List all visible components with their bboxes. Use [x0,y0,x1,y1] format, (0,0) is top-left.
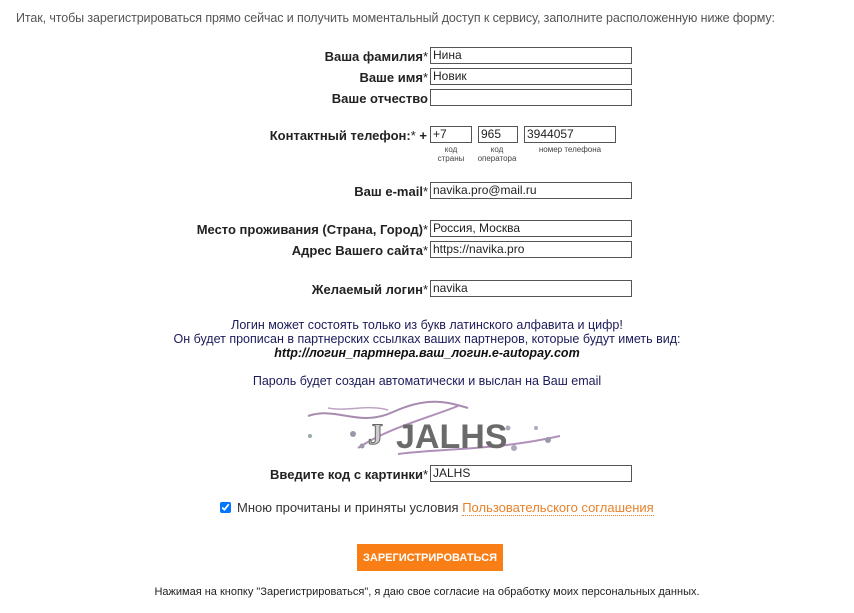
location-input[interactable] [430,220,632,237]
agreement-text: Мною прочитаны и приняты условия [237,500,462,515]
name-input[interactable] [430,68,632,85]
password-note: Пароль будет создан автоматически и высл… [0,374,854,388]
login-rule-text: Логин может состоять только из букв лати… [0,318,854,332]
patronymic-input[interactable] [430,89,632,106]
surname-label: Ваша фамилия* [325,49,428,64]
agreement-checkbox[interactable] [220,502,231,513]
user-agreement-link[interactable]: Пользовательского соглашения [462,500,654,516]
name-label: Ваше имя* [359,70,428,85]
captcha-letter: J [368,418,383,451]
captcha-label: Введите код с картинки* [270,467,428,482]
phone-operator-code-input[interactable] [478,126,518,143]
login-row: Желаемый логин* [0,280,854,300]
patronymic-label: Ваше отчество [332,91,428,106]
phone-label: Контактный телефон:* + [270,128,427,143]
country-code-caption: кодстраны [430,145,472,163]
surname-input[interactable] [430,47,632,64]
login-label: Желаемый логин* [312,282,428,297]
login-url-example: http://логин_партнера.ваш_логин.e-autopa… [0,346,854,360]
svg-text:JALHS: JALHS [396,418,507,456]
login-input[interactable] [430,280,632,297]
phone-country-code-input[interactable] [430,126,472,143]
site-label: Адрес Вашего сайта* [292,243,428,258]
phone-row: Контактный телефон:* + кодстраны кодопер… [0,126,854,146]
operator-code-caption: кодоператора [473,145,521,163]
captcha-row: Введите код с картинки* [0,465,854,485]
email-label: Ваш e-mail* [354,184,428,199]
site-row: Адрес Вашего сайта* [0,241,854,261]
captcha-image: J JALHS [298,398,560,456]
email-row: Ваш e-mail* [0,182,854,202]
location-row: Место проживания (Страна, Город)* [0,220,854,240]
name-row: Ваше имя* [0,68,854,88]
intro-text: Итак, чтобы зарегистрироваться прямо сей… [16,11,775,25]
location-label: Место проживания (Страна, Город)* [197,222,428,237]
agreement-row: Мною прочитаны и приняты условия Пользов… [220,500,654,515]
site-input[interactable] [430,241,632,258]
register-button[interactable]: ЗАРЕГИСТРИРОВАТЬСЯ [357,544,503,571]
captcha-input[interactable] [430,465,632,482]
surname-row: Ваша фамилия* [0,47,854,67]
login-link-text: Он будет прописан в партнерских ссылках … [0,332,854,346]
patronymic-row: Ваше отчество [0,89,854,109]
phone-number-caption: номер телефона [524,145,616,154]
login-info: Логин может состоять только из букв лати… [0,318,854,360]
email-input[interactable] [430,182,632,199]
phone-number-input[interactable] [524,126,616,143]
consent-text: Нажимая на кнопку "Зарегистрироваться", … [0,586,854,598]
